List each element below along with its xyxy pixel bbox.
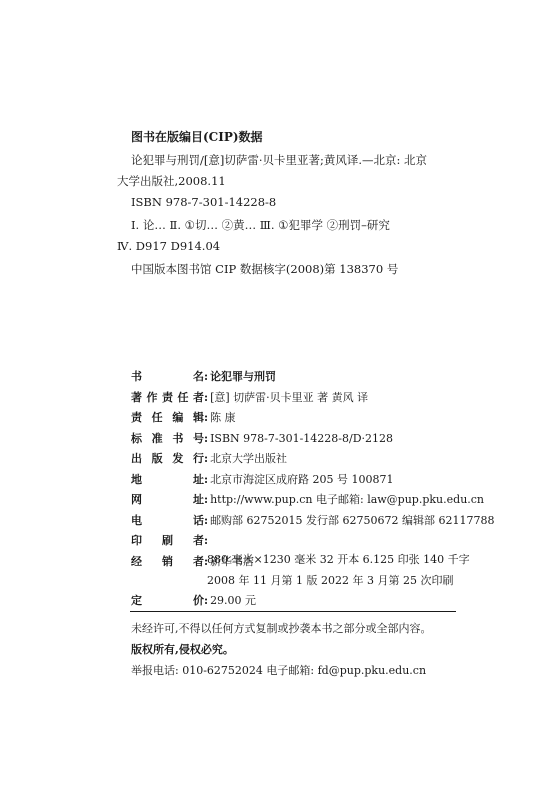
colon: :	[204, 451, 208, 467]
info-row: 责任编辑:陈 康	[131, 410, 236, 426]
colon: :	[204, 593, 208, 609]
info-value: ISBN 978-7-301-14228-8/D·2128	[210, 431, 393, 447]
colon: :	[204, 431, 208, 447]
info-label: 印刷者	[131, 533, 204, 549]
cip-subject-headings: Ⅰ. 论… Ⅱ. ①切… ②黄… Ⅲ. ①犯罪学 ②刑罚–研究	[131, 217, 390, 233]
cip-bibliographic-line: 论犯罪与刑罚/[意]切萨雷·贝卡里亚著;黄风译.—北京: 北京	[131, 152, 427, 168]
info-value: [意] 切萨雷·贝卡里亚 著 黄风 译	[210, 390, 368, 406]
info-label: 书名	[131, 369, 204, 385]
copy-notice: 未经许可,不得以任何方式复制或抄袭本书之部分或全部内容。	[131, 621, 432, 637]
info-value: 论犯罪与刑罚	[210, 369, 276, 385]
cip-title: 图书在版编目(CIP)数据	[131, 129, 263, 145]
colon: :	[204, 472, 208, 488]
divider-rule	[130, 611, 456, 612]
info-label: 著作责任者	[131, 390, 204, 406]
price-label: 定价	[131, 593, 204, 609]
info-value: 北京大学出版社	[210, 451, 287, 467]
cip-classification: Ⅳ. D917 D914.04	[117, 238, 220, 254]
info-label: 经销者	[131, 554, 204, 570]
info-label: 地址	[131, 472, 204, 488]
colon: :	[204, 533, 208, 549]
rights-notice: 版权所有,侵权必究。	[131, 642, 234, 658]
info-label: 网址	[131, 492, 204, 508]
colon: :	[204, 513, 208, 529]
info-value: http://www.pup.cn 电子邮箱: law@pup.pku.edu.…	[210, 492, 484, 508]
report-contact: 举报电话: 010-62752024 电子邮箱: fd@pup.pku.edu.…	[131, 663, 426, 679]
info-label: 责任编辑	[131, 410, 204, 426]
info-row: 电话:邮购部 62752015 发行部 62750672 编辑部 6211778…	[131, 513, 495, 529]
info-value: 邮购部 62752015 发行部 62750672 编辑部 62117788	[210, 513, 494, 529]
info-label: 出版发行	[131, 451, 204, 467]
colon: :	[204, 410, 208, 426]
info-row: 出版发行:北京大学出版社	[131, 451, 287, 467]
colon: :	[204, 369, 208, 385]
price-row: 定价 : 29.00 元	[131, 593, 256, 609]
info-value: 北京市海淀区成府路 205 号 100871	[210, 472, 393, 488]
info-label: 电话	[131, 513, 204, 529]
info-row: 著作责任者:[意] 切萨雷·贝卡里亚 著 黄风 译	[131, 390, 368, 406]
edition-info: 2008 年 11 月第 1 版 2022 年 3 月第 25 次印刷	[207, 573, 453, 589]
info-row: 标准书号:ISBN 978-7-301-14228-8/D·2128	[131, 431, 393, 447]
info-row: 书名:论犯罪与刑罚	[131, 369, 276, 385]
info-row: 印刷者:	[131, 533, 210, 549]
cip-record-number: 中国版本图书馆 CIP 数据核字(2008)第 138370 号	[131, 261, 398, 277]
price-value: 29.00 元	[210, 593, 256, 609]
cip-publisher-line: 大学出版社,2008.11	[117, 173, 226, 189]
colon: :	[204, 390, 208, 406]
info-row: 地址:北京市海淀区成府路 205 号 100871	[131, 472, 394, 488]
info-row: 网址:http://www.pup.cn 电子邮箱: law@pup.pku.e…	[131, 492, 484, 508]
colon: :	[204, 492, 208, 508]
info-label: 标准书号	[131, 431, 204, 447]
info-value: 陈 康	[210, 410, 236, 426]
format-specs: 880 毫米×1230 毫米 32 开本 6.125 印张 140 千字	[207, 552, 470, 568]
cip-isbn: ISBN 978-7-301-14228-8	[131, 194, 276, 210]
